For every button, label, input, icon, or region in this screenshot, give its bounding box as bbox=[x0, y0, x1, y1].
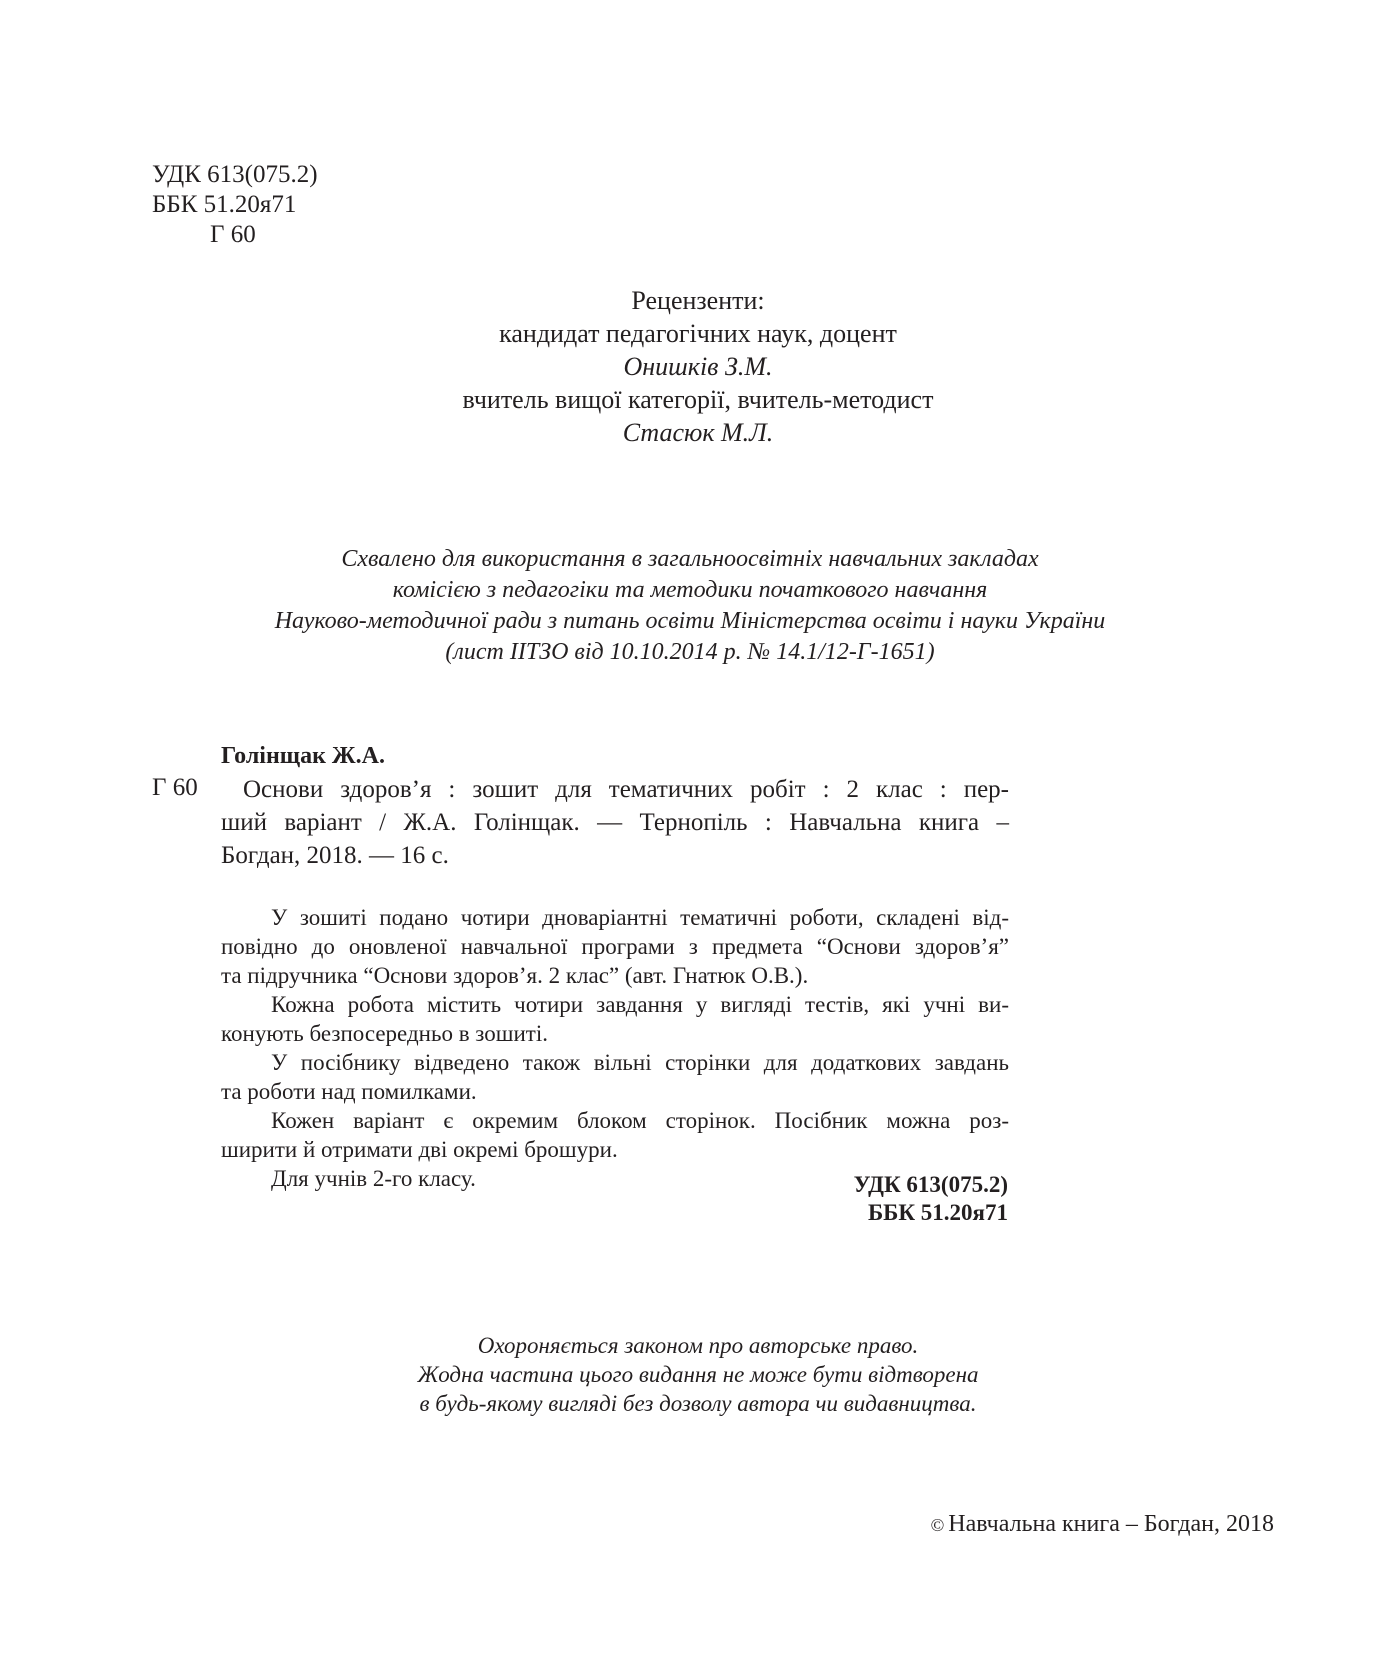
copyright-line: Жодна частина цього видання не може бути… bbox=[318, 1360, 1078, 1389]
annotation-line: У посібнику відведено також вільні сторі… bbox=[221, 1048, 1009, 1077]
udk-code: УДК 613(075.2) bbox=[152, 160, 318, 190]
annotation-line: повідно до оновленої навчальної програми… bbox=[221, 932, 1009, 961]
reviewers-heading: Рецензенти: bbox=[318, 284, 1078, 317]
publisher-copyright: ©Навчальна книга – Богдан, 2018 bbox=[880, 1509, 1274, 1540]
reviewer-title: кандидат педагогічних наук, доцент bbox=[318, 317, 1078, 350]
annotation-line: та роботи над помилками. bbox=[221, 1077, 1009, 1106]
annotation-line: ширити й отримати дві окремі брошури. bbox=[221, 1135, 1009, 1164]
author-sign: Г 60 bbox=[152, 220, 318, 250]
copyright-line: в будь-якому вигляді без дозволу автора … bbox=[318, 1389, 1078, 1418]
copyright-notice: Охороняється законом про авторське право… bbox=[318, 1331, 1078, 1418]
classification-block: УДК 613(075.2) ББК 51.20я71 Г 60 bbox=[152, 160, 318, 250]
catalog-line: Богдан, 2018. — 16 с. bbox=[221, 839, 1009, 872]
reviewer-title: вчитель вищої категорії, вчитель-методис… bbox=[318, 383, 1078, 416]
catalog-code: Г 60 bbox=[152, 773, 198, 803]
copyright-icon: © bbox=[931, 1515, 945, 1535]
reviewer-name: Стасюк М.Л. bbox=[318, 416, 1078, 449]
reviewers-block: Рецензенти: кандидат педагогічних наук, … bbox=[318, 284, 1078, 449]
approval-line: (лист ІІТЗО від 10.10.2014 р. № 14.1/12-… bbox=[140, 637, 1240, 668]
annotation-classification: УДК 613(075.2) ББК 51.20я71 bbox=[700, 1171, 1008, 1227]
catalog-line: ший варіант / Ж.А. Голінщак. — Тернопіль… bbox=[221, 806, 1009, 839]
approval-line: Науково-методичної ради з питань освіти … bbox=[140, 606, 1240, 637]
annotation-line: конують безпосередньо в зошиті. bbox=[221, 1019, 1009, 1048]
approval-line: комісією з педагогіки та методики початк… bbox=[140, 575, 1240, 606]
approval-block: Схвалено для використання в загальноосві… bbox=[140, 544, 1240, 668]
bbk-code: ББК 51.20я71 bbox=[152, 190, 318, 220]
udk-code: УДК 613(075.2) bbox=[700, 1171, 1008, 1199]
annotation-line: Кожен варіант є окремим блоком сторінок.… bbox=[221, 1106, 1009, 1135]
approval-line: Схвалено для використання в загальноосві… bbox=[140, 544, 1240, 575]
catalog-author: Голінщак Ж.А. bbox=[221, 741, 385, 771]
annotation-line: Кожна робота містить чотири завдання у в… bbox=[221, 990, 1009, 1019]
publisher-copyright-text: Навчальна книга – Богдан, 2018 bbox=[948, 1511, 1274, 1537]
copyright-line: Охороняється законом про авторське право… bbox=[318, 1331, 1078, 1360]
annotation-line: У зошиті подано чотири дноваріантні тема… bbox=[221, 903, 1009, 932]
bbk-code: ББК 51.20я71 bbox=[700, 1199, 1008, 1227]
reviewer-name: Онишків З.М. bbox=[318, 350, 1078, 383]
catalog-description: Основи здоров’я : зошит для тематичних р… bbox=[221, 773, 1009, 872]
annotation-line: та підручника “Основи здоров’я. 2 клас” … bbox=[221, 961, 1009, 990]
catalog-line: Основи здоров’я : зошит для тематичних р… bbox=[221, 773, 1009, 806]
annotation-block: У зошиті подано чотири дноваріантні тема… bbox=[221, 903, 1009, 1193]
